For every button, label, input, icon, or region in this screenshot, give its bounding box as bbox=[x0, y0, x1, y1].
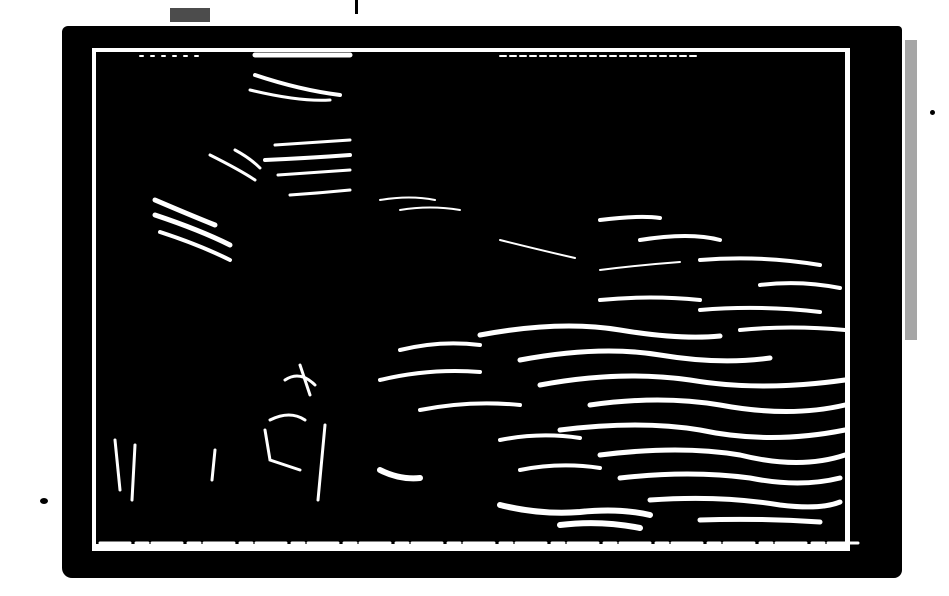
ink-speck bbox=[355, 0, 358, 14]
ink-speck bbox=[930, 110, 935, 115]
ink-speck bbox=[40, 498, 48, 504]
ink-bleed bbox=[905, 40, 917, 340]
ink-speck bbox=[170, 8, 210, 22]
seascape-illustration bbox=[0, 0, 949, 596]
